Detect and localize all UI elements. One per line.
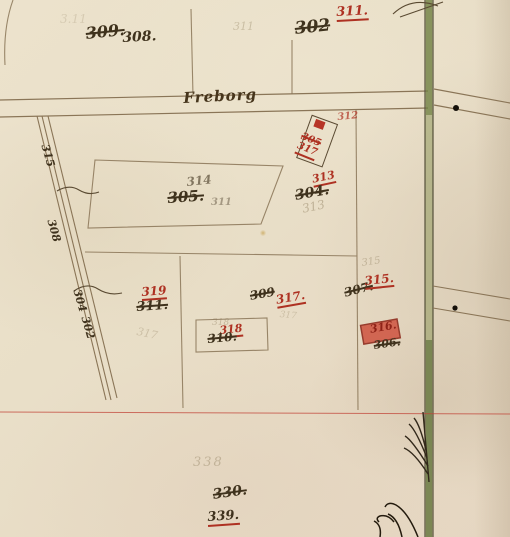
label-red-311: 311. (336, 4, 368, 22)
label-small-311: 311 (211, 198, 232, 208)
survey-dot (453, 105, 459, 111)
survey-dot (452, 305, 457, 310)
label-old-302: 302 (294, 17, 331, 38)
flourish-marks (57, 2, 443, 294)
building-marker (313, 119, 325, 130)
label-old-308: 308. (122, 29, 157, 45)
label-pencil-311: 311 (233, 21, 254, 32)
label-old-310: 310. (207, 330, 237, 345)
label-red-315: 315. (364, 272, 395, 290)
cadastral-map: 3.11 309. 308. 311 302 311. Freborg 312 … (0, 0, 510, 537)
branch-scribble (374, 503, 418, 537)
label-pencil-338: 338 (193, 456, 224, 469)
label-faint-topleft: 3.11 (60, 13, 87, 25)
label-old-311: 311. (136, 299, 169, 314)
label-red-312: 312 (337, 111, 359, 123)
map-drawing (0, 0, 510, 537)
branch-road (433, 286, 510, 321)
label-old-305: 305. (167, 188, 205, 206)
label-old-309: 309. (85, 22, 125, 42)
road-name-freborg: Freborg (183, 87, 257, 106)
label-tiny-317: 317 (279, 311, 297, 321)
label-old-306: 306. (373, 336, 401, 351)
label-339: 339. (207, 509, 240, 527)
